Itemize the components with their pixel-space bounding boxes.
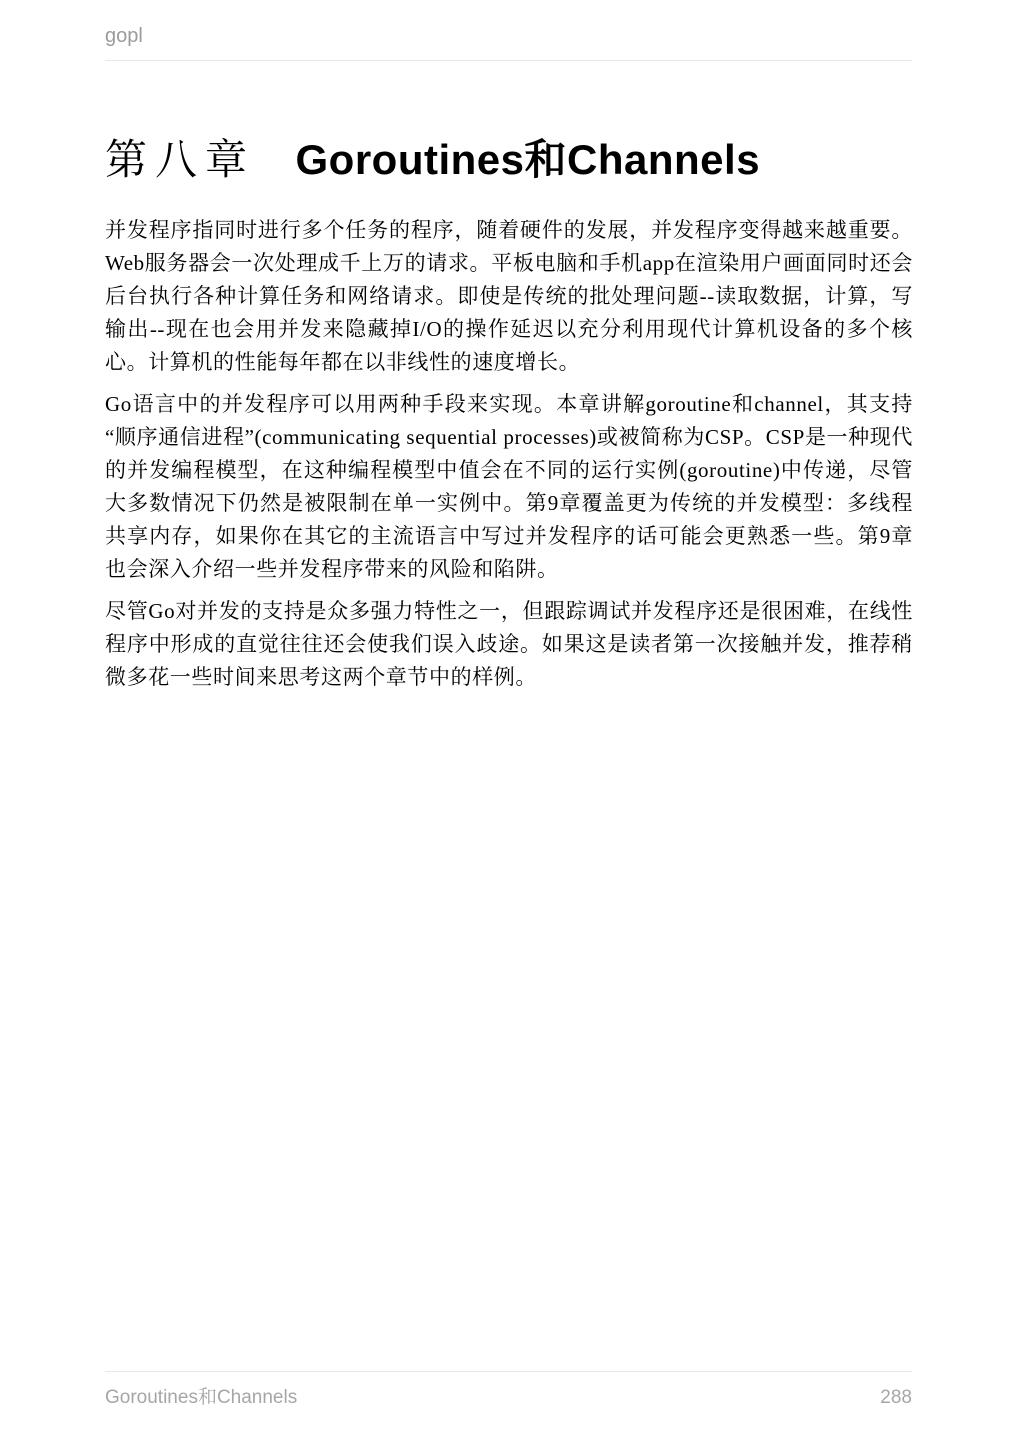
chapter-name: Goroutines和Channels	[296, 136, 761, 183]
site-name: gopl	[105, 25, 143, 47]
footer-chapter-label: Goroutines和Channels	[105, 1386, 297, 1410]
footer-page-number: 288	[880, 1386, 912, 1410]
document-page: gopl 第八章 Goroutines和Channels 并发程序指同时进行多个…	[0, 0, 1019, 1440]
paragraph-3: 尽管Go对并发的支持是众多强力特性之一，但跟踪调试并发程序还是很困难，在线性程序…	[105, 595, 913, 694]
page-header: gopl	[105, 0, 912, 61]
paragraph-1: 并发程序指同时进行多个任务的程序，随着硬件的发展，并发程序变得越来越重要。Web…	[105, 214, 913, 379]
chapter-content: 第八章 Goroutines和Channels 并发程序指同时进行多个任务的程序…	[105, 133, 913, 703]
paragraph-2: Go语言中的并发程序可以用两种手段来实现。本章讲解goroutine和chann…	[105, 388, 913, 586]
chapter-title: 第八章 Goroutines和Channels	[105, 133, 913, 188]
page-footer: Goroutines和Channels 288	[105, 1371, 912, 1410]
chapter-number: 第八章	[105, 138, 255, 184]
